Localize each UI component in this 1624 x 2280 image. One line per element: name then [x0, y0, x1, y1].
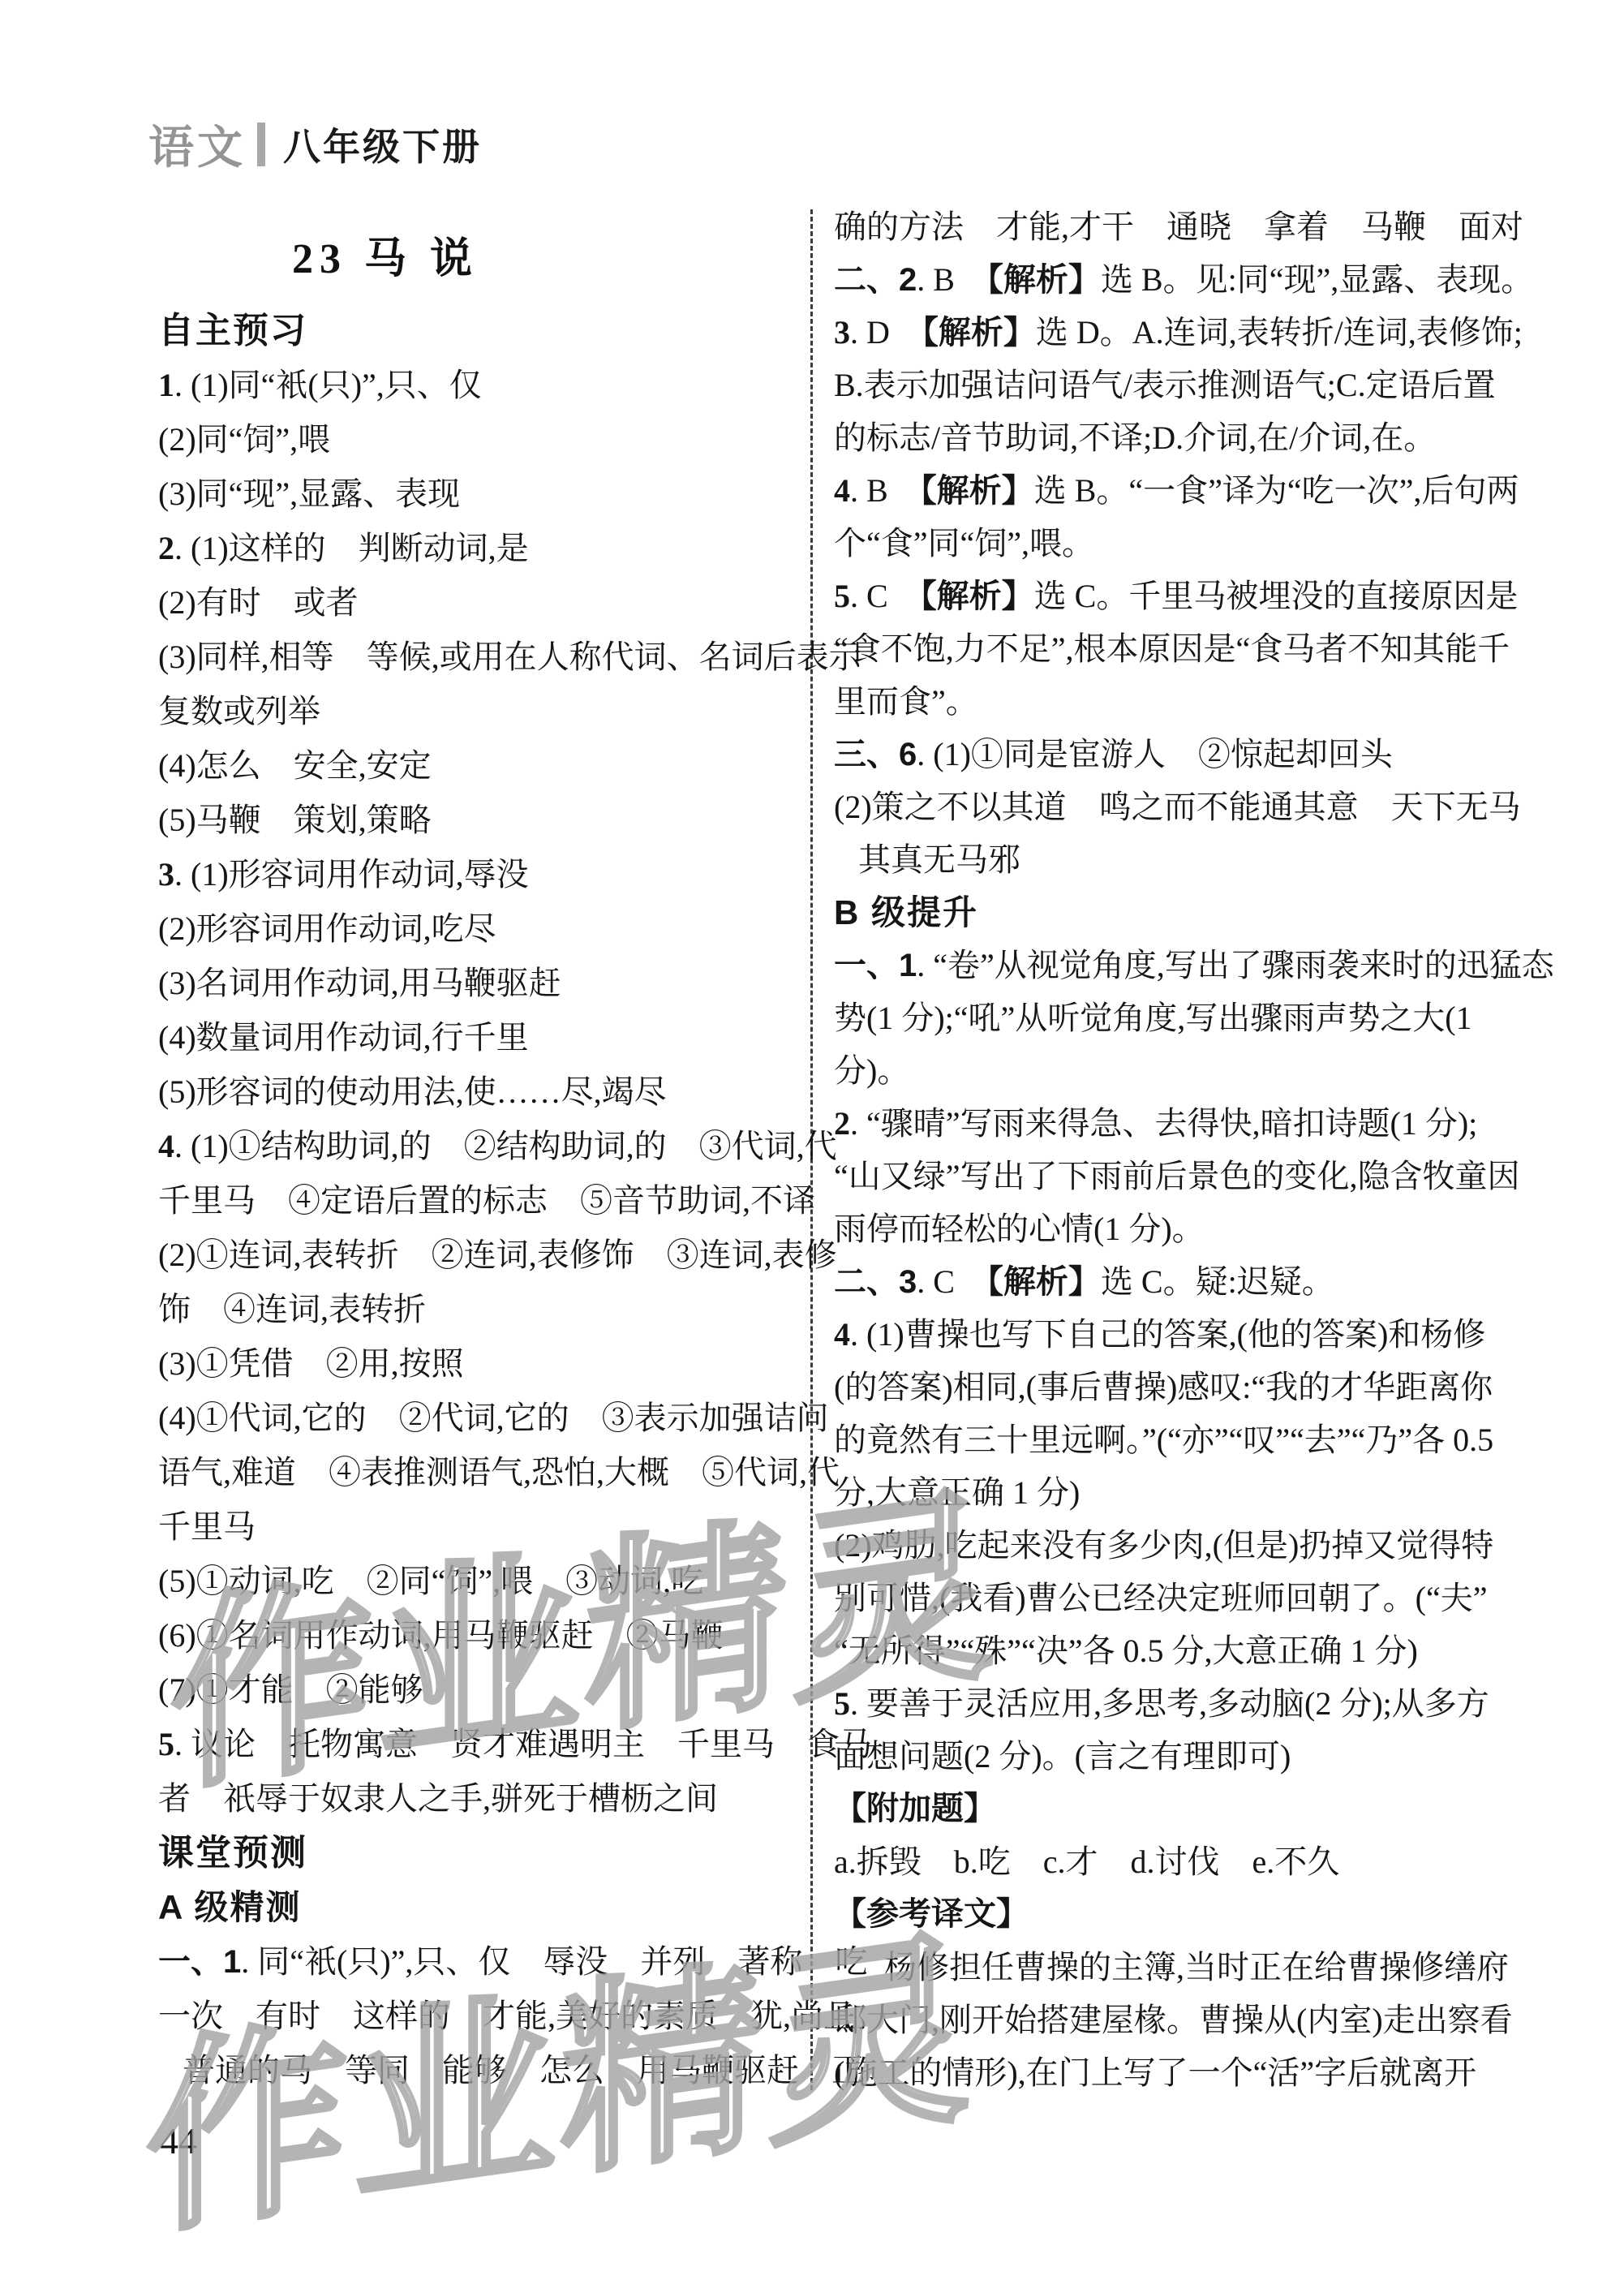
- text-segment-bold: 二、2: [834, 262, 917, 298]
- text-line: 3. (1)形容词用作动词,辱没: [158, 847, 811, 901]
- text-segment: 面想问题(2 分)。(言之有理即可): [834, 1738, 1291, 1775]
- text-segment: . B: [917, 261, 987, 298]
- text-segment: (4)①代词,它的 ②代词,它的 ③表示加强诘问: [158, 1400, 829, 1436]
- text-segment: . (1)形容词用作动词,辱没: [174, 856, 529, 893]
- text-segment-bold: 4: [834, 472, 850, 509]
- text-segment: . 同“衹(只)”,只、仅 辱没 并列 著称 吃: [241, 1943, 867, 1980]
- text-line: 二、3. C 【解析】选 C。疑:迟疑。: [834, 1255, 1540, 1308]
- text-segment: . C: [850, 578, 921, 614]
- text-line: 的标志/音节助词,不译;D.介词,在/介词,在。: [834, 411, 1540, 464]
- text-line: (2)策之不以其道 鸣之而不能通其意 天下无马: [834, 781, 1540, 833]
- text-segment: 普通的马 等同 能够 怎么 用马鞭驱赶 正: [183, 2052, 864, 2089]
- text-segment: . (1)①结构助词,的 ②结构助词,的 ③代词,代: [174, 1128, 837, 1164]
- text-segment: (3)同“现”,显露、表现: [158, 475, 460, 512]
- text-segment: (5)马鞭 策划,策略: [158, 802, 432, 838]
- text-segment: 一次 有时 这样的 才能,美好的素质 犹,尚且: [158, 1998, 856, 2034]
- text-segment-bold: 二、3: [834, 1264, 917, 1300]
- text-line: (6)①名词用作动词,用马鞭驱赶 ②马鞭: [158, 1608, 811, 1663]
- text-segment: 分)。: [834, 1052, 909, 1089]
- text-segment: (施工的情形),在门上写了一个“活”字后就离开: [834, 2054, 1476, 2091]
- text-line: 面想问题(2 分)。(言之有理即可): [834, 1730, 1540, 1783]
- text-line: (2)有时 或者: [158, 575, 811, 630]
- text-line: 分,大意正确 1 分): [834, 1466, 1540, 1519]
- text-line: 2. (1)这样的 判断动词,是: [158, 521, 811, 575]
- text-segment: (3)①凭借 ②用,按照: [158, 1345, 464, 1382]
- text-line: 一、1. “卷”从视觉角度,写出了骤雨袭来时的迅猛态: [834, 939, 1540, 992]
- text-line: (3)同样,相等 等候,或用在人称代词、名词后表示: [158, 630, 811, 684]
- text-segment: (4)怎么 安全,安定: [158, 747, 432, 784]
- text-segment: (2)策之不以其道 鸣之而不能通其意 天下无马: [834, 789, 1521, 825]
- text-segment: B 级提升: [834, 893, 978, 931]
- text-line: (2)同“饲”,喂: [158, 412, 811, 467]
- text-line: (2)形容词用作动词,吃尽: [158, 901, 811, 956]
- text-line: (3)名词用作动词,用马鞭驱赶: [158, 956, 811, 1010]
- text-line: 三、6. (1)①同是宦游人 ②惊起却回头: [834, 728, 1540, 781]
- lesson-title: 23 马 说: [158, 224, 612, 285]
- text-segment: 者 祇辱于奴隶人之手,骈死于槽枥之间: [158, 1780, 718, 1817]
- text-line: 个“食”同“饲”,喂。: [834, 517, 1540, 570]
- text-segment: 复数或列举: [158, 693, 320, 729]
- text-line: 二、2. B 【解析】选 B。见:同“现”,显露、表现。: [834, 253, 1540, 306]
- text-segment: a.拆毁 b.吃 c.才 d.讨伐 e.不久: [834, 1843, 1339, 1880]
- text-segment: 选 C。疑:迟疑。: [1101, 1263, 1334, 1300]
- text-segment-bold: 1: [158, 367, 174, 403]
- text-line: 一次 有时 这样的 才能,美好的素质 犹,尚且: [158, 1989, 811, 2043]
- text-line: B.表示加强诘问语气/表示推测语气;C.定语后置: [834, 359, 1540, 411]
- text-segment: 选 B。“一食”译为“吃一次”,后句两: [1034, 472, 1519, 509]
- text-segment-bold: 三、6: [834, 737, 917, 772]
- text-segment: 选 C。千里马被埋没的直接原因是: [1034, 578, 1519, 614]
- text-line: (3)同“现”,显露、表现: [158, 467, 811, 521]
- text-segment: (4)数量词用作动词,行千里: [158, 1019, 529, 1056]
- text-segment: 选 B。见:同“现”,显露、表现。: [1101, 261, 1533, 298]
- text-line: (的答案)相同,(事后曹操)感叹:“我的才华距离你: [834, 1361, 1540, 1413]
- text-segment: (5)形容词的使动用法,使……尽,竭尽: [158, 1073, 667, 1110]
- text-line: 4. (1)曹操也写下自己的答案,(他的答案)和杨修: [834, 1308, 1540, 1361]
- text-segment: 里而食”。: [834, 683, 978, 720]
- text-line: “无所得”“殊”“决”各 0.5 分,大意正确 1 分): [834, 1624, 1540, 1677]
- text-line: 一、1. 同“衹(只)”,只、仅 辱没 并列 著称 吃: [158, 1934, 811, 1989]
- text-segment: (2)形容词用作动词,吃尽: [158, 910, 496, 947]
- text-segment: (2)有时 或者: [158, 584, 359, 621]
- text-segment: “食不饱,力不足”,根本原因是“食马者不知其能千: [834, 630, 1510, 667]
- text-line: 里而食”。: [834, 675, 1540, 728]
- text-segment: 的竟然有三十里远啊。”(“亦”“叹”“去”“乃”各 0.5: [834, 1422, 1493, 1458]
- right-answer-column: 确的方法 才能,才干 通晓 拿着 马鞭 面对二、2. B 【解析】选 B。见:同…: [834, 200, 1540, 2099]
- text-segment: (6)①名词用作动词,用马鞭驱赶 ②马鞭: [158, 1617, 724, 1654]
- text-line: “山又绿”写出了下雨前后景色的变化,隐含牧童因: [834, 1150, 1540, 1202]
- text-segment: . “卷”从视觉角度,写出了骤雨袭来时的迅猛态: [917, 947, 1554, 983]
- text-segment: 别可惜,(我看)曹公已经决定班师回朝了。(“夫”: [834, 1580, 1487, 1616]
- text-line: 5. C 【解析】选 C。千里马被埋没的直接原因是: [834, 570, 1540, 622]
- text-segment-bold: 5: [158, 1726, 174, 1762]
- text-line: 千里马 ④定语后置的标志 ⑤音节助词,不译: [158, 1173, 811, 1228]
- text-segment-bold: 【解析】: [987, 1264, 1101, 1300]
- workbook-answer-page: 语文 八年级下册 23 马 说 自主预习1. (1)同“衹(只)”,只、仅(2)…: [0, 0, 1624, 2280]
- text-segment: (7)①才能 ②能够: [158, 1671, 423, 1708]
- text-line: 的竟然有三十里远啊。”(“亦”“叹”“去”“乃”各 0.5: [834, 1413, 1540, 1466]
- text-line: (2)鸡肋,吃起来没有多少肉,(但是)扔掉又觉得特: [834, 1519, 1540, 1572]
- text-segment: . “骤晴”写雨来得急、去得快,暗扣诗题(1 分);: [850, 1105, 1477, 1142]
- text-segment: 其真无马邪: [858, 841, 1020, 878]
- text-line: 【附加题】: [834, 1783, 1540, 1835]
- text-line: (5)马鞭 策划,策略: [158, 793, 811, 847]
- text-segment: 确的方法 才能,才干 通晓 拿着 马鞭 面对: [834, 209, 1523, 245]
- text-line: 其真无马邪: [834, 833, 1540, 886]
- text-segment: 千里马 ④定语后置的标志 ⑤音节助词,不译: [158, 1182, 815, 1219]
- text-line: 分)。: [834, 1044, 1540, 1097]
- text-segment: 个“食”同“饲”,喂。: [834, 525, 1094, 561]
- text-line: (4)怎么 安全,安定: [158, 738, 811, 793]
- text-segment: 【参考译文】: [834, 1896, 1029, 1932]
- text-segment: B.表示加强诘问语气/表示推测语气;C.定语后置: [834, 367, 1496, 403]
- text-segment: 语气,难道 ④表推测语气,恐怕,大概 ⑤代词,代: [158, 1454, 840, 1491]
- text-line: (5)形容词的使动用法,使……尽,竭尽: [158, 1065, 811, 1119]
- text-line: 4. B 【解析】选 B。“一食”译为“吃一次”,后句两: [834, 464, 1540, 517]
- text-segment: 自主预习: [158, 311, 307, 351]
- text-line: (3)①凭借 ②用,按照: [158, 1336, 811, 1391]
- text-line: 1. (1)同“衹(只)”,只、仅: [158, 358, 811, 412]
- text-segment-bold: 【解析】: [987, 262, 1101, 298]
- text-line: (4)①代词,它的 ②代词,它的 ③表示加强诘问: [158, 1391, 811, 1445]
- text-line: 雨停而轻松的心情(1 分)。: [834, 1202, 1540, 1255]
- text-segment: (的答案)相同,(事后曹操)感叹:“我的才华距离你: [834, 1369, 1493, 1405]
- text-line: 2. “骤晴”写雨来得急、去得快,暗扣诗题(1 分);: [834, 1097, 1540, 1150]
- text-segment-bold: 2: [158, 530, 174, 566]
- text-segment: (2)同“饲”,喂: [158, 421, 330, 458]
- edition-label: 八年级下册: [283, 118, 482, 171]
- text-segment: “无所得”“殊”“决”各 0.5 分,大意正确 1 分): [834, 1633, 1418, 1669]
- text-segment: . 议论 托物寓意 贤才难遇明主 千里马 食马: [174, 1726, 872, 1762]
- text-segment: A 级精测: [158, 1888, 301, 1926]
- text-line: 饰 ④连词,表转折: [158, 1282, 811, 1336]
- text-segment-bold: 5: [834, 578, 850, 614]
- page-header: 语文 八年级下册: [148, 112, 482, 177]
- text-line: (施工的情形),在门上写了一个“活”字后就离开: [834, 2046, 1540, 2099]
- text-line: 5. 议论 托物寓意 贤才难遇明主 千里马 食马: [158, 1717, 811, 1771]
- text-segment: 选 D。A.连词,表转折/连词,表修饰;: [1036, 314, 1523, 351]
- text-line: B 级提升: [834, 886, 1540, 939]
- subject-label: 语文: [148, 112, 246, 177]
- text-segment: . (1)①同是宦游人 ②惊起却回头: [917, 736, 1393, 772]
- text-segment: . (1)这样的 判断动词,是: [174, 530, 529, 566]
- text-line: 【参考译文】: [834, 1888, 1540, 1941]
- text-line: “食不饱,力不足”,根本原因是“食马者不知其能千: [834, 622, 1540, 675]
- text-segment: (3)名词用作动词,用马鞭驱赶: [158, 965, 561, 1001]
- text-segment-bold: 一、1: [834, 948, 917, 983]
- text-segment: 邸大门,刚开始搭建屋椽。曹操从(内室)走出察看: [834, 2002, 1513, 2038]
- text-line: 确的方法 才能,才干 通晓 拿着 马鞭 面对: [834, 200, 1540, 253]
- text-segment-bold: 【解析】: [921, 473, 1034, 509]
- text-line: 4. (1)①结构助词,的 ②结构助词,的 ③代词,代: [158, 1119, 811, 1173]
- left-answer-column: 自主预习1. (1)同“衹(只)”,只、仅(2)同“饲”,喂(3)同“现”,显露…: [158, 303, 811, 2097]
- text-line: 势(1 分);“吼”从听觉角度,写出骤雨声势之大(1: [834, 992, 1540, 1044]
- text-line: (4)数量词用作动词,行千里: [158, 1010, 811, 1065]
- text-line: 邸大门,刚开始搭建屋椽。曹操从(内室)走出察看: [834, 1994, 1540, 2046]
- text-segment: 杨修担任曹操的主簿,当时正在给曹操修缮府: [884, 1949, 1509, 1985]
- text-segment-bold: 一、1: [158, 1944, 241, 1980]
- text-segment: . 要善于灵活应用,多思考,多动脑(2 分);从多方: [850, 1685, 1489, 1722]
- text-line: (5)①动词,吃 ②同“饲”,喂 ③动词,吃: [158, 1554, 811, 1608]
- text-segment: (2)鸡肋,吃起来没有多少肉,(但是)扔掉又觉得特: [834, 1527, 1493, 1564]
- text-segment: 雨停而轻松的心情(1 分)。: [834, 1211, 1205, 1247]
- text-segment-bold: 3: [158, 856, 174, 893]
- page-number: 44: [160, 2119, 197, 2162]
- text-line: 自主预习: [158, 303, 811, 358]
- header-divider-bar: [257, 123, 265, 166]
- text-line: 千里马: [158, 1499, 811, 1554]
- text-segment-bold: 4: [158, 1128, 174, 1164]
- text-segment-bold: 5: [834, 1685, 850, 1722]
- text-segment: . (1)曹操也写下自己的答案,(他的答案)和杨修: [850, 1316, 1485, 1353]
- text-segment: “山又绿”写出了下雨前后景色的变化,隐含牧童因: [834, 1158, 1520, 1194]
- text-line: 3. D 【解析】选 D。A.连词,表转折/连词,表修饰;: [834, 306, 1540, 359]
- text-line: 别可惜,(我看)曹公已经决定班师回朝了。(“夫”: [834, 1572, 1540, 1624]
- text-line: (2)①连词,表转折 ②连词,表修饰 ③连词,表修: [158, 1228, 811, 1282]
- text-segment-bold: 3: [834, 314, 850, 351]
- text-segment: . C: [917, 1263, 987, 1300]
- text-segment: 【附加题】: [834, 1791, 996, 1826]
- text-segment: . (1)同“衹(只)”,只、仅: [174, 367, 482, 403]
- text-line: (7)①才能 ②能够: [158, 1663, 811, 1717]
- text-segment: 饰 ④连词,表转折: [158, 1291, 426, 1327]
- text-segment-bold: 2: [834, 1105, 850, 1142]
- text-segment: 千里马: [158, 1508, 256, 1545]
- text-line: 语气,难道 ④表推测语气,恐怕,大概 ⑤代词,代: [158, 1445, 811, 1499]
- text-segment: (5)①动词,吃 ②同“饲”,喂 ③动词,吃: [158, 1563, 703, 1599]
- text-segment: (2)①连词,表转折 ②连词,表修饰 ③连词,表修: [158, 1237, 837, 1273]
- text-segment-bold: 【解析】: [922, 315, 1036, 351]
- text-segment: 分,大意正确 1 分): [834, 1474, 1080, 1511]
- text-line: 5. 要善于灵活应用,多思考,多动脑(2 分);从多方: [834, 1677, 1540, 1730]
- text-segment: . D: [850, 314, 922, 351]
- text-line: 复数或列举: [158, 684, 811, 738]
- text-segment: 的标志/音节助词,不译;D.介词,在/介词,在。: [834, 419, 1436, 456]
- text-line: a.拆毁 b.吃 c.才 d.讨伐 e.不久: [834, 1835, 1540, 1888]
- text-segment-bold: 【解析】: [921, 579, 1034, 614]
- text-segment: (3)同样,相等 等候,或用在人称代词、名词后表示: [158, 639, 861, 675]
- text-segment-bold: 4: [834, 1316, 850, 1353]
- text-line: 普通的马 等同 能够 怎么 用马鞭驱赶 正: [158, 2043, 811, 2097]
- text-line: 者 祇辱于奴隶人之手,骈死于槽枥之间: [158, 1771, 811, 1826]
- text-line: 课堂预测: [158, 1826, 811, 1880]
- text-segment: . B: [850, 472, 921, 509]
- text-line: 杨修担任曹操的主簿,当时正在给曹操修缮府: [834, 1941, 1540, 1994]
- text-line: A 级精测: [158, 1880, 811, 1934]
- text-segment: 势(1 分);“吼”从听觉角度,写出骤雨声势之大(1: [834, 1000, 1472, 1036]
- text-segment: 课堂预测: [158, 1833, 307, 1873]
